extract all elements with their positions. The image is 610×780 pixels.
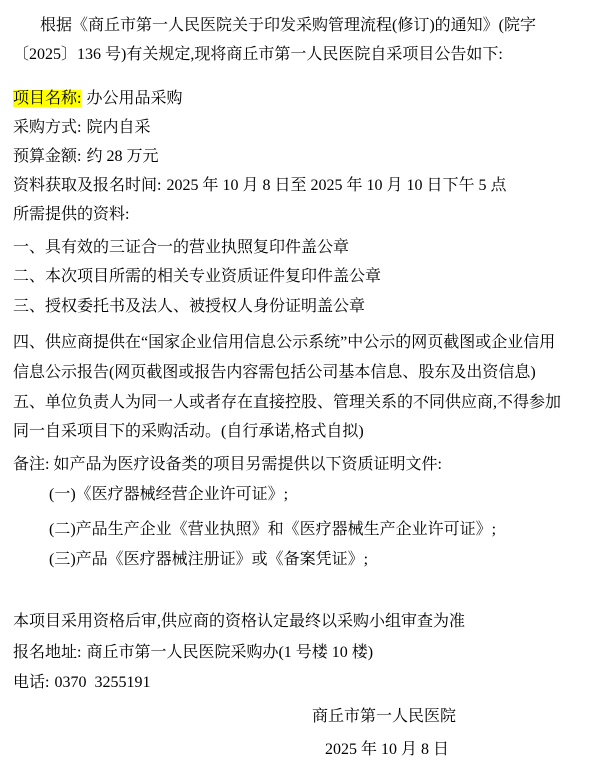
note-item-1: (一)《医疗器械经营企业许可证》; xyxy=(13,480,596,509)
field-signup-time: 资料获取及报名时间:2025 年 10 月 8 日至 2025 年 10 月 1… xyxy=(13,171,596,200)
purchase-method-label: 采购方式: xyxy=(13,119,81,136)
requirement-line-5-cont: 同一自采项目下的采购活动。(自行承诺,格式自拟) xyxy=(13,417,596,446)
note-item-2: (二)产品生产企业《营业执照》和《医疗器械生产企业许可证》; xyxy=(13,515,596,544)
note-item-3: (三)产品《医疗器械注册证》或《备案凭证》; xyxy=(13,545,596,574)
requirement-line-2: 二、本次项目所需的相关专业资质证件复印件盖公章 xyxy=(13,262,596,291)
address-label: 报名地址: xyxy=(13,644,81,661)
field-project-name: 项目名称:办公用品采购 xyxy=(13,84,596,113)
address-line: 报名地址:商丘市第一人民医院采购办(1 号楼 10 楼) xyxy=(13,638,596,667)
intro-line-1: 根据《商丘市第一人民医院关于印发采购管理流程(修订)的通知》(院字 xyxy=(13,11,596,40)
phone-value: 0370 3255191 xyxy=(54,674,150,691)
signature-date: 2025 年 10 月 8 日 xyxy=(13,735,596,764)
purchase-method-value: 院内自采 xyxy=(86,119,150,136)
budget-label: 预算金额: xyxy=(13,148,81,165)
phone-label: 电话: xyxy=(13,674,49,691)
requirement-line-4: 四、供应商提供在“国家企业信用信息公示系统”中公示的网页截图或企业信用 xyxy=(13,328,596,357)
note-heading: 备注: 如产品为医疗设备类的项目另需提供以下资质证明文件: xyxy=(13,450,596,479)
project-name-value: 办公用品采购 xyxy=(86,90,182,107)
project-name-label-highlighted: 项目名称: xyxy=(13,90,81,107)
intro-line-2: 〔2025〕136 号)有关规定,现将商丘市第一人民医院自采项目公告如下: xyxy=(13,40,596,69)
signup-time-value: 2025 年 10 月 8 日至 2025 年 10 月 10 日下午 5 点 xyxy=(166,177,506,194)
requirement-line-5: 五、单位负责人为同一人或者存在直接控股、管理关系的不同供应商,不得参加 xyxy=(13,388,596,417)
field-budget: 预算金额:约 28 万元 xyxy=(13,142,596,171)
signature-organization: 商丘市第一人民医院 xyxy=(13,702,596,731)
signup-time-label: 资料获取及报名时间: xyxy=(13,177,161,194)
review-line: 本项目采用资格后审,供应商的资格认定最终以采购小组审查为准 xyxy=(13,607,596,636)
phone-line: 电话:0370 3255191 xyxy=(13,668,596,697)
requirement-line-4-cont: 信息公示报告(网页截图或报告内容需包括公司基本信息、股东及出资信息) xyxy=(13,358,596,387)
budget-value: 约 28 万元 xyxy=(86,148,158,165)
materials-heading: 所需提供的资料: xyxy=(13,200,596,229)
address-value: 商丘市第一人民医院采购办(1 号楼 10 楼) xyxy=(86,644,373,661)
field-purchase-method: 采购方式:院内自采 xyxy=(13,113,596,142)
requirement-line-1: 一、具有效的三证合一的营业执照复印件盖公章 xyxy=(13,233,596,262)
announcement-document: 根据《商丘市第一人民医院关于印发采购管理流程(修订)的通知》(院字 〔2025〕… xyxy=(0,0,610,780)
requirement-line-3: 三、授权委托书及法人、被授权人身份证明盖公章 xyxy=(13,292,596,321)
